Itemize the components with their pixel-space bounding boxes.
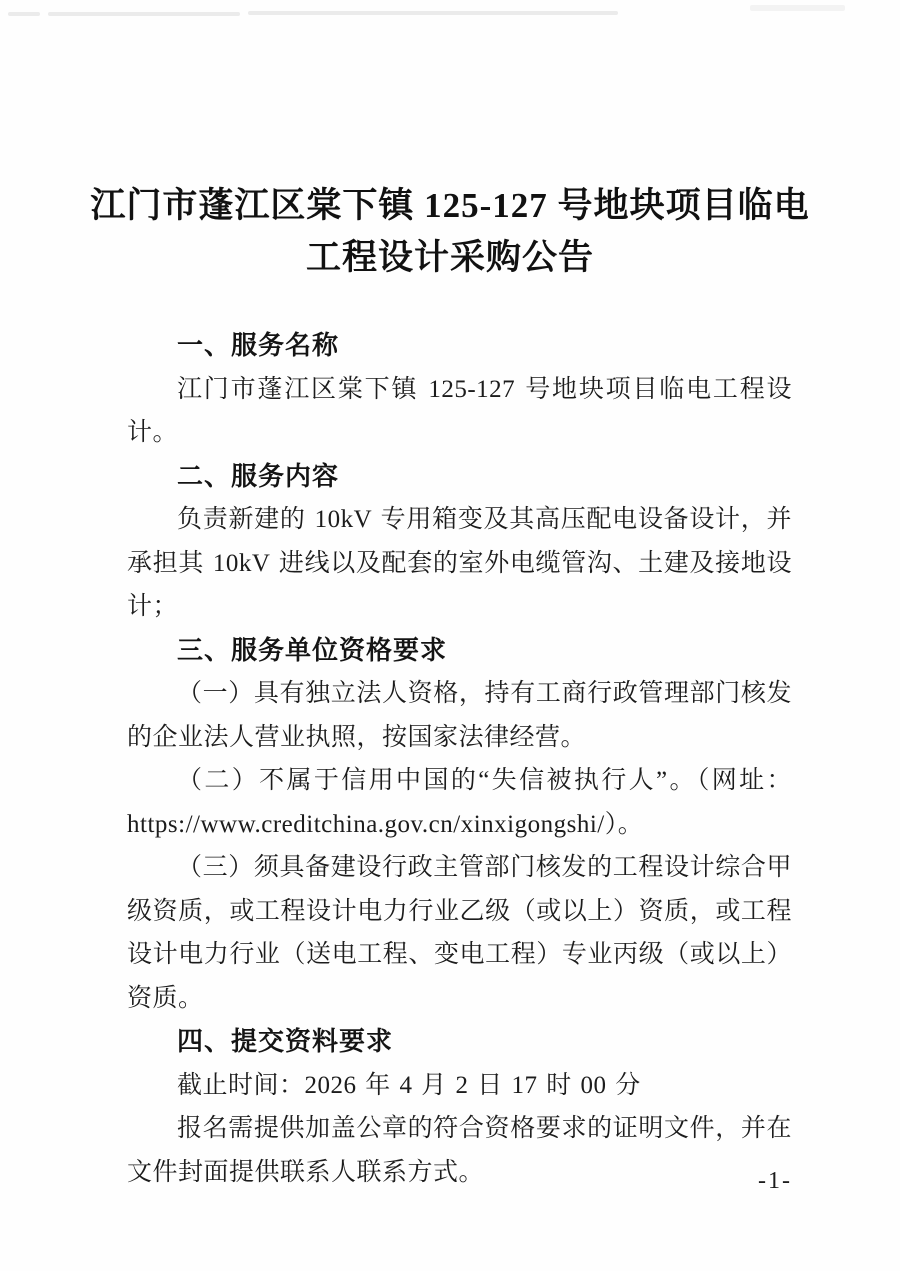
document-title: 江门市蓬江区棠下镇 125-127 号地块项目临电 工程设计采购公告 xyxy=(55,180,845,284)
paragraph-qualification-3: （三）须具备建设行政主管部门核发的工程设计综合甲级资质，或工程设计电力行业乙级（… xyxy=(127,846,792,1020)
scan-artifact xyxy=(8,12,40,16)
paragraph-qualification-2: （二）不属于信用中国的“失信被执行人”。（网址：https://www.cred… xyxy=(127,759,792,846)
section-heading-submission: 四、提交资料要求 xyxy=(127,1020,792,1064)
document-page: 江门市蓬江区棠下镇 125-127 号地块项目临电 工程设计采购公告 一、服务名… xyxy=(0,0,900,1271)
section-heading-service-content: 二、服务内容 xyxy=(127,455,792,499)
scan-artifact xyxy=(48,12,240,16)
scan-artifact xyxy=(248,11,618,15)
document-title-line2: 工程设计采购公告 xyxy=(55,232,845,284)
paragraph-qualification-1: （一）具有独立法人资格，持有工商行政管理部门核发的企业法人营业执照，按国家法律经… xyxy=(127,672,792,759)
section-heading-service-name: 一、服务名称 xyxy=(127,324,792,368)
document-title-line1: 江门市蓬江区棠下镇 125-127 号地块项目临电 xyxy=(55,180,845,232)
paragraph-service-content: 负责新建的 10kV 专用箱变及其高压配电设备设计，并承担其 10kV 进线以及… xyxy=(127,498,792,629)
scan-artifact xyxy=(750,5,845,11)
paragraph-service-name: 江门市蓬江区棠下镇 125-127 号地块项目临电工程设计。 xyxy=(127,368,792,455)
document-body: 一、服务名称 江门市蓬江区棠下镇 125-127 号地块项目临电工程设计。 二、… xyxy=(127,324,792,1194)
section-heading-qualification: 三、服务单位资格要求 xyxy=(127,629,792,673)
page-number: -1- xyxy=(758,1168,792,1195)
paragraph-deadline: 截止时间：2026 年 4 月 2 日 17 时 00 分 xyxy=(127,1064,792,1108)
paragraph-submission-note: 报名需提供加盖公章的符合资格要求的证明文件，并在文件封面提供联系人联系方式。 xyxy=(127,1107,792,1194)
